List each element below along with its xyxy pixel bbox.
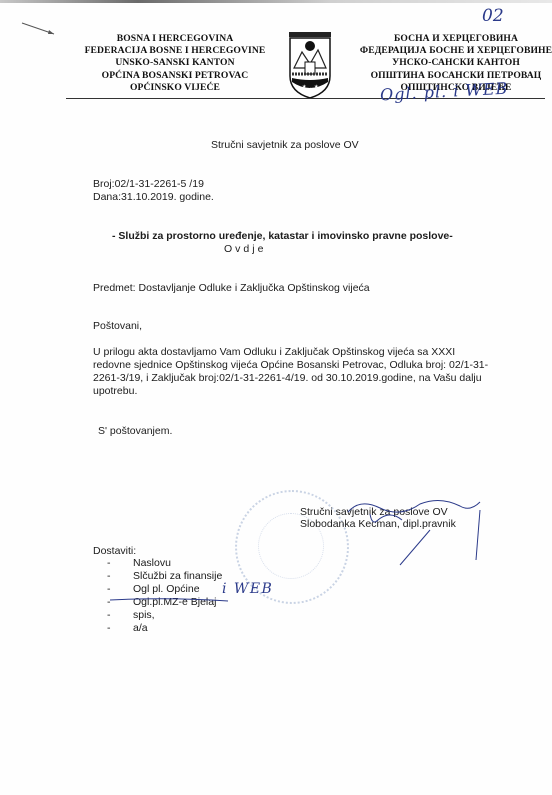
scan-top-edge	[0, 0, 552, 3]
list-item-label: a/a	[133, 622, 148, 635]
svg-text:★: ★	[308, 87, 313, 93]
body-line: upotrebu.	[93, 385, 488, 398]
closing: S' poštovanjem.	[98, 425, 172, 438]
svg-text:★: ★	[302, 84, 307, 90]
recipient: - Službi za prostorno uređenje, katastar…	[112, 230, 453, 243]
header-line: OPĆINA BOSANSKI PETROVAC	[75, 70, 275, 82]
handwritten-mark: 02	[482, 6, 504, 26]
list-item-label: spis,	[133, 609, 155, 622]
header-line: УНСКО-САНСКИ КАНТОН	[356, 57, 552, 69]
handwritten-signature-icon	[330, 490, 490, 570]
coat-of-arms-icon: ★ ★ ★	[286, 30, 334, 100]
handwritten-distribution-note: i WEB	[222, 581, 273, 597]
greeting: Poštovani,	[93, 320, 142, 333]
header-line: ФЕДЕРАЦИЈА БОСНЕ И ХЕРЦЕГОВИНЕ	[356, 45, 552, 57]
header-line: BOSNA I HERCEGOVINA	[75, 33, 275, 45]
body-line: U prilogu akta dostavljamo Vam Odluku i …	[93, 346, 488, 359]
header-line: FEDERACIJA BOSNE I HERCEGOVINE	[75, 45, 275, 57]
recipient-location: Ovdje	[224, 243, 266, 256]
header-line: ОПШТИНА БОСАНСКИ ПЕТРОВАЦ	[356, 70, 552, 82]
header-latin: BOSNA I HERCEGOVINA FEDERACIJA BOSNE I H…	[75, 33, 275, 94]
list-item-label: Ogl pl. Općine	[133, 583, 200, 596]
header-divider	[66, 98, 290, 99]
list-item-label: Slčužbi za finansije	[133, 570, 222, 583]
svg-text:★: ★	[314, 84, 319, 90]
letter-body: U prilogu akta dostavljamo Vam Odluku i …	[93, 346, 488, 398]
bullet-dash: -	[107, 622, 111, 635]
handwritten-underline-icon	[110, 597, 230, 603]
distribution-heading: Dostaviti:	[93, 545, 136, 558]
bullet-dash: -	[107, 583, 111, 596]
bullet-dash: -	[107, 557, 111, 570]
header-line: UNSKO-SANSKI KANTON	[75, 57, 275, 69]
arrow-mark-icon	[20, 20, 60, 40]
subject-line: Predmet: Dostavljanje Odluke i Zaključka…	[93, 282, 370, 295]
list-item-label: Naslovu	[133, 557, 171, 570]
sender-title: Stručni savjetnik za poslove OV	[211, 139, 359, 152]
document-number: Broj:02/1-31-2261-5 /19	[93, 178, 204, 191]
header-line: OPĆINSKO VIJEĆE	[75, 82, 275, 94]
document-date: Dana:31.10.2019. godine.	[93, 191, 214, 204]
body-line: 2261-3/19, i Zaključak broj:02/1-31-2261…	[93, 372, 488, 385]
bullet-dash: -	[107, 570, 111, 583]
header-line: БОСНА И ХЕРЦЕГОВИНА	[356, 33, 552, 45]
bullet-dash: -	[107, 609, 111, 622]
body-line: redovne sjednice Opštinskog vijeća Općin…	[93, 359, 488, 372]
